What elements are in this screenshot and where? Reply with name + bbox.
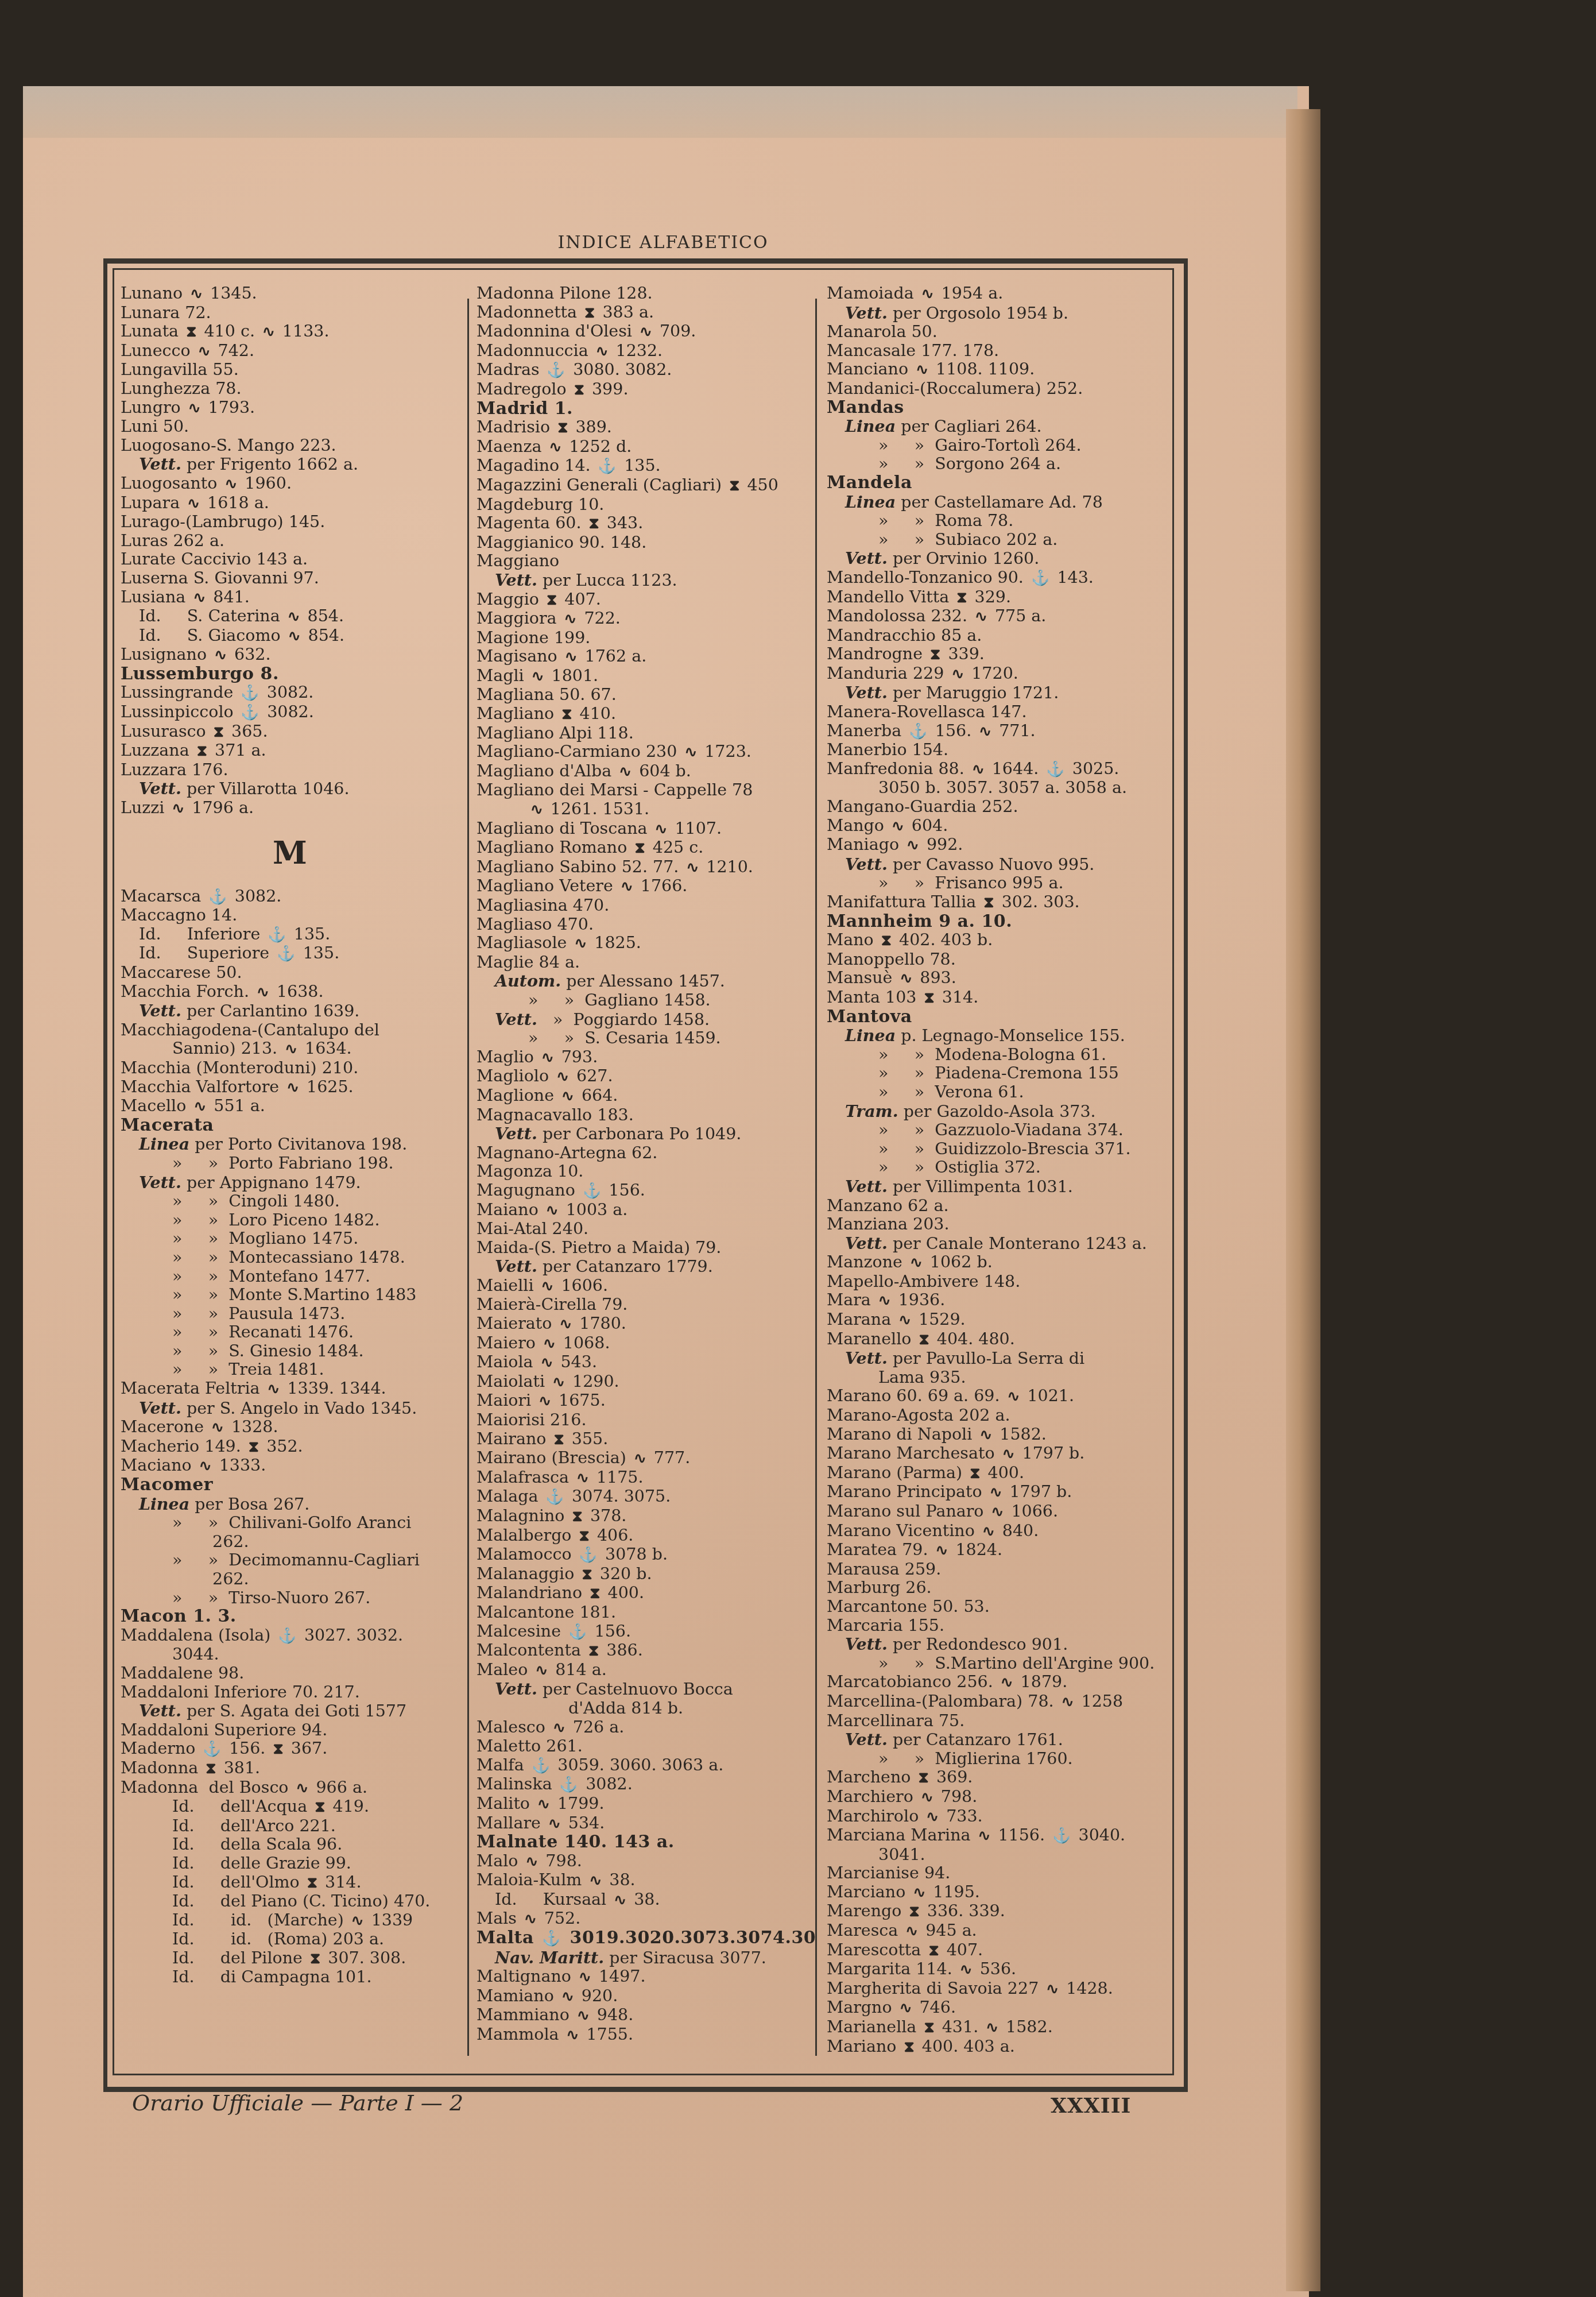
index-entry: Mano ⧗ 402. 403 b. — [827, 931, 1165, 950]
index-entry: Macchia Valfortore ∿ 1625. — [121, 1078, 459, 1097]
index-entry: Malanaggio ⧗ 320 b. — [477, 1565, 815, 1584]
index-entry: Marchiero ∿ 798. — [827, 1788, 1165, 1807]
index-entry: Maiero ∿ 1068. — [477, 1334, 815, 1354]
index-entry: Malalbergo ⧗ 406. — [477, 1526, 815, 1546]
bus-icon: ∿ — [351, 1912, 364, 1931]
index-entry: Id. S. Caterina ∿ 854. — [121, 607, 459, 627]
index-entry: Mandolossa 232. ∿ 775 a. — [827, 607, 1165, 627]
bus-icon: ∿ — [979, 1426, 992, 1445]
index-entry: Macon 1. 3. — [121, 1607, 459, 1626]
index-entry: Id. del Piano (C. Ticino) 470. — [121, 1892, 459, 1911]
index-entry: » » Verona 61. — [827, 1083, 1165, 1102]
bus-icon: ∿ — [288, 627, 301, 646]
ship-icon: ⚓ — [277, 945, 295, 964]
index-entry: Mairano (Brescia) ∿ 777. — [477, 1449, 815, 1468]
tram-icon: ⧗ — [590, 1584, 600, 1603]
index-entry: Manziana 203. — [827, 1215, 1165, 1234]
page-number: XXXIII — [1051, 2094, 1131, 2118]
bus-icon: ∿ — [268, 1380, 280, 1399]
letter-heading: M — [121, 818, 459, 887]
bus-icon: ∿ — [552, 1373, 565, 1392]
index-entry: Maggio ⧗ 407. — [477, 590, 815, 610]
index-entry: Madonna ⧗ 381. — [121, 1759, 459, 1778]
index-entry: Manzano 62 a. — [827, 1197, 1165, 1216]
index-entry: Marcheno ⧗ 369. — [827, 1768, 1165, 1788]
index-entry: Mallare ∿ 534. — [477, 1814, 815, 1834]
ship-icon: ⚓ — [579, 1546, 598, 1565]
ship-icon: ⚓ — [546, 1488, 564, 1507]
service-type-label: Tram. — [845, 1102, 898, 1121]
index-entry: Mangano-Guardia 252. — [827, 798, 1165, 817]
index-entry: » » Piadena-Cremona 155 — [827, 1064, 1165, 1083]
tram-icon: ⧗ — [924, 2018, 934, 2037]
index-entry: » » Chilivani-Golfo Aranci — [121, 1514, 459, 1533]
tram-icon: ⧗ — [729, 477, 739, 496]
index-entry: » » Frisanco 995 a. — [827, 874, 1165, 893]
index-entry: Mancasale 177. 178. — [827, 342, 1165, 361]
index-entry: Magliano di Toscana ∿ 1107. — [477, 819, 815, 839]
tram-icon: ⧗ — [547, 591, 557, 610]
index-entry: Vett. per Appignano 1479. — [121, 1173, 459, 1193]
index-entry: » » Miglierina 1760. — [827, 1750, 1165, 1769]
index-entry: Manta 103 ⧗ 314. — [827, 988, 1165, 1008]
index-entry: Maddalene 98. — [121, 1664, 459, 1683]
index-entry: Vett. per Villarotta 1046. — [121, 779, 459, 799]
index-entry: Malcontenta ⧗ 386. — [477, 1641, 815, 1661]
bus-icon: ∿ — [574, 934, 587, 953]
column-divider — [815, 299, 817, 2056]
tram-icon: ⧗ — [579, 1527, 590, 1546]
index-entry: Maciano ∿ 1333. — [121, 1456, 459, 1476]
index-entry: Linea per Castellamare Ad. 78 — [827, 493, 1165, 512]
index-entry: » » Montefano 1477. — [121, 1267, 459, 1286]
bus-icon: ∿ — [619, 763, 632, 782]
index-entry: Mammiano ∿ 948. — [477, 2006, 815, 2025]
tram-icon: ⧗ — [904, 2038, 914, 2057]
index-entry: Maglie 84 a. — [477, 953, 815, 972]
bus-icon: ∿ — [541, 1049, 554, 1068]
index-entry: Madonnuccia ∿ 1232. — [477, 342, 815, 361]
index-entry: » » Decimomannu-Cagliari — [121, 1551, 459, 1570]
index-entry: Malafrasca ∿ 1175. — [477, 1468, 815, 1488]
index-entry: Maddaloni Superiore 94. — [121, 1721, 459, 1740]
tram-icon: ⧗ — [919, 1769, 929, 1788]
index-entry: Margherita di Savoia 227 ∿ 1428. — [827, 1979, 1165, 1999]
index-entry: Maiano ∿ 1003 a. — [477, 1201, 815, 1220]
tram-icon: ⧗ — [589, 515, 599, 533]
index-entry: Mantova — [827, 1008, 1165, 1027]
bus-icon: ∿ — [900, 1999, 912, 2018]
bus-icon: ∿ — [548, 1815, 561, 1834]
index-entry: Luzzana ⧗ 371 a. — [121, 741, 459, 761]
index-entry: Vett. per Orgosolo 1954 b. — [827, 304, 1165, 323]
service-type-label: Vett. — [845, 304, 888, 323]
index-entry: Luogosanto ∿ 1960. — [121, 474, 459, 494]
index-entry: Malesco ∿ 726 a. — [477, 1718, 815, 1738]
index-entry: Marianella ⧗ 431. ∿ 1582. — [827, 2018, 1165, 2037]
tram-icon: ⧗ — [582, 1565, 592, 1584]
index-entry: Lunghezza 78. — [121, 380, 459, 399]
bus-icon: ∿ — [199, 1457, 212, 1476]
index-entry: Madrisio ⧗ 389. — [477, 418, 815, 438]
index-entry: Malfa ⚓ 3059. 3060. 3063 a. — [477, 1756, 815, 1776]
bus-icon: ∿ — [990, 1483, 1002, 1502]
ship-icon: ⚓ — [583, 1182, 601, 1201]
bus-icon: ∿ — [567, 2026, 579, 2045]
index-column-3: Mamoiada ∿ 1954 a.Vett. per Orgosolo 195… — [827, 284, 1165, 2053]
ship-icon: ⚓ — [203, 1740, 221, 1759]
index-entry: Macherio 149. ⧗ 352. — [121, 1437, 459, 1457]
index-entry: Manciano ∿ 1108. 1109. — [827, 360, 1165, 380]
index-entry: Vett. per Castelnuovo Bocca — [477, 1680, 815, 1699]
index-entry: Magliasole ∿ 1825. — [477, 934, 815, 953]
ship-icon: ⚓ — [278, 1627, 297, 1646]
bus-icon: ∿ — [549, 438, 561, 457]
ship-icon: ⚓ — [547, 361, 565, 380]
ship-icon: ⚓ — [241, 684, 259, 703]
index-entry: Magliano-Carmiano 230 ∿ 1723. — [477, 743, 815, 762]
tram-icon: ⧗ — [249, 1438, 259, 1457]
index-entry: Madonnina d'Olesi ∿ 709. — [477, 322, 815, 342]
index-entry: Vett. per Carbonara Po 1049. — [477, 1124, 815, 1144]
index-entry: Malta ⚓ 3019.3020.3073.3074.3075. — [477, 1929, 815, 1948]
index-entry: Lurate Caccivio 143 a. — [121, 550, 459, 569]
page-edge — [1286, 109, 1320, 2291]
index-entry: Vett. » Poggiardo 1458. — [477, 1010, 815, 1030]
index-entry: Marausa 259. — [827, 1560, 1165, 1579]
ship-icon: ⚓ — [241, 703, 259, 722]
bus-icon: ∿ — [936, 1541, 948, 1560]
index-entry: Lunata ⧗ 410 c. ∿ 1133. — [121, 322, 459, 342]
service-type-label: Vett. — [139, 455, 181, 474]
index-entry: Id. dell'Acqua ⧗ 419. — [121, 1797, 459, 1817]
index-entry: Marano Principato ∿ 1797 b. — [827, 1483, 1165, 1502]
bus-icon: ∿ — [634, 1449, 646, 1468]
index-entry: Autom. per Alessano 1457. — [477, 972, 815, 991]
index-entry: Manzone ∿ 1062 b. — [827, 1253, 1165, 1273]
bus-icon: ∿ — [188, 399, 201, 418]
bus-icon: ∿ — [1002, 1445, 1015, 1464]
service-type-label: Vett. — [495, 1680, 537, 1699]
bus-icon: ∿ — [296, 1779, 309, 1798]
index-entry: Magazzini Generali (Cagliari) ⧗ 450 — [477, 476, 815, 496]
index-entry: Mamoiada ∿ 1954 a. — [827, 284, 1165, 304]
index-entry: Malnate 140. 143 a. — [477, 1833, 815, 1852]
index-entry: 262. — [121, 1570, 459, 1589]
bus-icon: ∿ — [225, 475, 238, 494]
ship-icon: ⚓ — [1031, 569, 1049, 588]
index-entry: » » Subiaco 202 a. — [827, 531, 1165, 550]
index-entry: Lussingrande ⚓ 3082. — [121, 683, 459, 703]
bus-icon: ∿ — [892, 817, 904, 836]
bus-icon: ∿ — [532, 667, 544, 686]
index-entry: Magli ∿ 1801. — [477, 667, 815, 686]
index-entry: Manera-Rovellasca 147. — [827, 703, 1165, 722]
index-entry: Magliano ⧗ 410. — [477, 705, 815, 724]
bus-icon: ∿ — [187, 494, 200, 513]
index-entry: Lusignano ∿ 632. — [121, 645, 459, 665]
index-entry: 3050 b. 3057. 3057 a. 3058 a. — [827, 779, 1165, 798]
index-entry: Lupara ∿ 1618 a. — [121, 494, 459, 513]
index-entry: Magonza 10. — [477, 1162, 815, 1181]
index-entry: » » Cingoli 1480. — [121, 1192, 459, 1211]
index-entry: Maltignano ∿ 1497. — [477, 1967, 815, 1987]
index-entry: » » Monte S.Martino 1483 — [121, 1286, 459, 1305]
page-title: INDICE ALFABETICO — [499, 233, 827, 253]
index-entry: Maletto 261. — [477, 1737, 815, 1756]
index-entry: Maggiora ∿ 722. — [477, 609, 815, 629]
index-entry: » » S. Ginesio 1484. — [121, 1342, 459, 1361]
service-type-label: Linea — [845, 1026, 896, 1045]
ship-icon: ⚓ — [532, 1757, 550, 1776]
bus-icon: ∿ — [214, 646, 227, 665]
tram-icon: ⧗ — [315, 1798, 325, 1817]
index-entry: Marcatobianco 256. ∿ 1879. — [827, 1673, 1165, 1692]
index-entry: 262. — [121, 1533, 459, 1552]
index-entry: Vett. per Redondesco 901. — [827, 1635, 1165, 1654]
tram-icon: ⧗ — [310, 1950, 320, 1969]
index-entry: Id. S. Giacomo ∿ 854. — [121, 627, 459, 646]
index-entry: Malamocco ⚓ 3078 b. — [477, 1545, 815, 1565]
index-entry: Vett. per Villimpenta 1031. — [827, 1177, 1165, 1197]
service-type-label: Vett. — [139, 1399, 181, 1418]
index-entry: Mango ∿ 604. — [827, 817, 1165, 836]
index-entry: Nav. Maritt. per Siracusa 3077. — [477, 1948, 815, 1968]
index-entry: Mandello Vitta ⧗ 329. — [827, 588, 1165, 608]
service-type-label: Vett. — [139, 1173, 181, 1192]
index-entry: Magenta 60. ⧗ 343. — [477, 514, 815, 533]
index-entry: Marburg 26. — [827, 1579, 1165, 1598]
index-entry: Luogosano-S. Mango 223. — [121, 436, 459, 455]
service-type-label: Vett. — [845, 683, 888, 702]
bus-icon: ∿ — [211, 1418, 224, 1437]
bus-icon: ∿ — [907, 836, 919, 855]
service-type-label: Vett. — [495, 1124, 537, 1143]
index-entry: Manoppello 78. — [827, 950, 1165, 969]
index-entry: Macchiagodena-(Cantalupo del — [121, 1021, 459, 1040]
index-entry: » » Modena-Bologna 61. — [827, 1046, 1165, 1065]
index-entry: Macerata — [121, 1116, 459, 1135]
bus-icon: ∿ — [286, 1078, 299, 1097]
index-entry: Vett. per Orvinio 1260. — [827, 549, 1165, 569]
bus-icon: ∿ — [559, 1315, 572, 1334]
service-type-label: Vett. — [845, 549, 888, 568]
index-entry: Lungro ∿ 1793. — [121, 399, 459, 418]
ship-icon: ⚓ — [543, 1929, 561, 1948]
index-entry: Marano (Parma) ⧗ 400. — [827, 1464, 1165, 1483]
index-entry: Mammola ∿ 1755. — [477, 2025, 815, 2045]
service-type-label: Vett. — [845, 1177, 888, 1196]
bus-icon: ∿ — [193, 589, 206, 608]
index-column-2: Madonna Pilone 128.Madonnetta ⧗ 383 a.Ma… — [477, 284, 815, 2053]
bus-icon: ∿ — [905, 1922, 918, 1941]
index-entry: Magdeburg 10. — [477, 496, 815, 515]
index-entry: Magliaso 470. — [477, 915, 815, 934]
bus-icon: ∿ — [991, 1503, 1004, 1522]
bus-icon: ∿ — [589, 1871, 602, 1890]
bus-icon: ∿ — [982, 1522, 995, 1541]
index-entry: Linea per Cagliari 264. — [827, 417, 1165, 436]
index-entry: Vett. per Catanzaro 1779. — [477, 1257, 815, 1277]
index-entry: » » Treia 1481. — [121, 1360, 459, 1379]
service-type-label: Nav. Maritt. — [495, 1948, 604, 1967]
bus-icon: ∿ — [198, 342, 211, 361]
bus-icon: ∿ — [1001, 1673, 1013, 1692]
service-type-label: Linea — [845, 417, 896, 436]
index-entry: d'Adda 814 b. — [477, 1699, 815, 1718]
index-entry: » » Loro Piceno 1482. — [121, 1211, 459, 1230]
bus-icon: ∿ — [921, 1788, 933, 1807]
bus-icon: ∿ — [640, 323, 652, 342]
index-entry: Maierà-Cirella 79. — [477, 1296, 815, 1314]
index-entry: » » Pausula 1473. — [121, 1305, 459, 1324]
index-entry: Lunara 72. — [121, 304, 459, 323]
index-entry: Magliolo ∿ 627. — [477, 1067, 815, 1086]
index-entry: Luras 262 a. — [121, 532, 459, 551]
index-entry: Malcesine ⚓ 156. — [477, 1622, 815, 1642]
service-type-label: Vett. — [495, 571, 537, 590]
index-entry: Magliano Sabino 52. 77. ∿ 1210. — [477, 858, 815, 877]
book-spine — [0, 86, 23, 2297]
index-entry: Vett. per Frigento 1662 a. — [121, 455, 459, 474]
tram-icon: ⧗ — [557, 419, 568, 438]
bus-icon: ∿ — [537, 1795, 550, 1814]
service-type-label: Linea — [845, 493, 896, 512]
tram-icon: ⧗ — [924, 989, 935, 1008]
bus-icon: ∿ — [900, 969, 912, 988]
index-entry: Maiolati ∿ 1290. — [477, 1372, 815, 1392]
index-entry: Marano sul Panaro ∿ 1066. — [827, 1502, 1165, 1522]
index-entry: Maddalena (Isola) ⚓ 3027. 3032. — [121, 1626, 459, 1646]
index-entry: » » Gazzuolo-Viadana 374. — [827, 1121, 1165, 1140]
index-entry: Linea per Bosa 267. — [121, 1495, 459, 1514]
bus-icon: ∿ — [978, 1827, 991, 1846]
index-entry: Mandanici-(Roccalumera) 252. — [827, 380, 1165, 399]
index-entry: Id. di Campagna 101. — [121, 1968, 459, 1987]
index-entry: Marchirolo ∿ 733. — [827, 1807, 1165, 1827]
index-entry: » » Sorgono 264 a. — [827, 455, 1165, 474]
tram-icon: ⧗ — [919, 1331, 929, 1349]
bus-icon: ∿ — [913, 1884, 925, 1902]
page-top-strip — [23, 86, 1297, 138]
bus-icon: ∿ — [539, 1392, 551, 1411]
index-entry: » » Tirso-Nuoro 267. — [121, 1589, 459, 1608]
service-type-label: Vett. — [139, 779, 181, 798]
index-entry: Macello ∿ 551 a. — [121, 1097, 459, 1116]
index-entry: Mansuè ∿ 893. — [827, 969, 1165, 988]
bus-icon: ∿ — [579, 1968, 591, 1987]
index-entry: Marengo ⧗ 336. 339. — [827, 1902, 1165, 1921]
index-entry: Madonna Pilone 128. — [477, 284, 815, 303]
index-entry: Maloia-Kulm ∿ 38. — [477, 1871, 815, 1890]
bus-icon: ∿ — [556, 1068, 569, 1086]
bus-icon: ∿ — [878, 1291, 891, 1310]
tram-icon: ⧗ — [983, 894, 994, 912]
index-entry: Id. dell'Arco 221. — [121, 1817, 459, 1836]
index-entry: Marcellina-(Palombara) 78. ∿ 1258 — [827, 1692, 1165, 1712]
index-entry: Mandrogne ⧗ 339. — [827, 645, 1165, 664]
index-entry: Marano Marchesato ∿ 1797 b. — [827, 1444, 1165, 1464]
index-entry: Magliano d'Alba ∿ 604 b. — [477, 762, 815, 782]
index-entry: Maierato ∿ 1780. — [477, 1314, 815, 1334]
index-entry: Id. Inferiore ⚓ 135. — [121, 925, 459, 945]
index-entry: » » S.Martino dell'Argine 900. — [827, 1654, 1165, 1673]
index-entry: Lunano ∿ 1345. — [121, 284, 459, 304]
index-entry: Malaga ⚓ 3074. 3075. — [477, 1487, 815, 1507]
index-entry: Manerbio 154. — [827, 741, 1165, 760]
bus-icon: ∿ — [898, 1311, 911, 1330]
index-entry: Macarsca ⚓ 3082. — [121, 887, 459, 907]
service-type-label: Vett. — [495, 1257, 537, 1276]
index-column-1: Lunano ∿ 1345.Lunara 72.Lunata ⧗ 410 c. … — [121, 284, 459, 2053]
index-entry: Marano di Napoli ∿ 1582. — [827, 1425, 1165, 1445]
index-entry: Maderno ⚓ 156. ⧗ 367. — [121, 1739, 459, 1759]
index-entry: Magliana 50. 67. — [477, 686, 815, 705]
index-entry: Marano-Agosta 202 a. — [827, 1406, 1165, 1425]
index-entry: » » S. Cesaria 1459. — [477, 1029, 815, 1048]
index-entry: Magliasina 470. — [477, 896, 815, 915]
bus-icon: ∿ — [257, 983, 269, 1002]
index-entry: Luni 50. — [121, 417, 459, 436]
footer-publication: Orario Ufficiale — Parte I — 2 — [132, 2090, 463, 2116]
index-entry: Vett. per Maruggio 1721. — [827, 683, 1165, 703]
bus-icon: ∿ — [910, 1254, 923, 1273]
index-entry: Macomer — [121, 1476, 459, 1495]
index-entry: Mara ∿ 1936. — [827, 1291, 1165, 1310]
index-entry: » » Porto Fabriano 198. — [121, 1154, 459, 1173]
bus-icon: ∿ — [986, 2018, 998, 2037]
ship-icon: ⚓ — [560, 1776, 578, 1795]
index-entry: Madras ⚓ 3080. 3082. — [477, 361, 815, 380]
bus-icon: ∿ — [975, 608, 987, 627]
bus-icon: ∿ — [1062, 1693, 1074, 1712]
index-entry: Luserna S. Giovanni 97. — [121, 569, 459, 588]
index-entry: Vett. per Catanzaro 1761. — [827, 1730, 1165, 1750]
index-entry: Vett. per Pavullo-La Serra di — [827, 1349, 1165, 1368]
ship-icon: ⚓ — [598, 457, 617, 476]
bus-icon: ∿ — [921, 285, 934, 304]
index-entry: Marana ∿ 1529. — [827, 1310, 1165, 1330]
tram-icon: ⧗ — [574, 381, 584, 400]
bus-icon: ∿ — [1046, 1980, 1059, 1999]
index-entry: Lussinpiccolo ⚓ 3082. — [121, 703, 459, 722]
index-entry: Vett. per S. Angelo in Vado 1345. — [121, 1399, 459, 1418]
bus-icon: ∿ — [576, 1469, 589, 1488]
index-entry: Maiola ∿ 543. — [477, 1353, 815, 1372]
index-entry: Macerata Feltria ∿ 1339. 1344. — [121, 1379, 459, 1399]
tram-icon: ⧗ — [584, 304, 595, 323]
tram-icon: ⧗ — [197, 742, 207, 761]
tram-icon: ⧗ — [881, 931, 892, 950]
tram-icon: ⧗ — [930, 645, 940, 664]
bus-icon: ∿ — [172, 799, 185, 818]
index-entry: Magliano Romano ⧗ 425 c. — [477, 838, 815, 858]
index-entry: Vett. per Cavasso Nuovo 995. — [827, 855, 1165, 875]
bus-icon: ∿ — [951, 665, 964, 684]
service-type-label: Vett. — [139, 1702, 181, 1720]
ship-icon: ⚓ — [1046, 760, 1064, 779]
index-entry: Vett. per Carlantino 1639. — [121, 1001, 459, 1021]
index-entry: Luzzi ∿ 1796 a. — [121, 799, 459, 818]
index-entry: ∿ 1261. 1531. — [477, 800, 815, 819]
bus-icon: ∿ — [926, 1808, 939, 1827]
index-entry: » » Recanati 1476. — [121, 1323, 459, 1342]
bus-icon: ∿ — [577, 2006, 590, 2025]
index-entry: Maida-(S. Pietro a Maida) 79. — [477, 1239, 815, 1258]
index-entry: Magugnano ⚓ 156. — [477, 1181, 815, 1201]
index-entry: Manfredonia 88. ∿ 1644. ⚓ 3025. — [827, 760, 1165, 779]
index-entry: Marcianise 94. — [827, 1864, 1165, 1883]
